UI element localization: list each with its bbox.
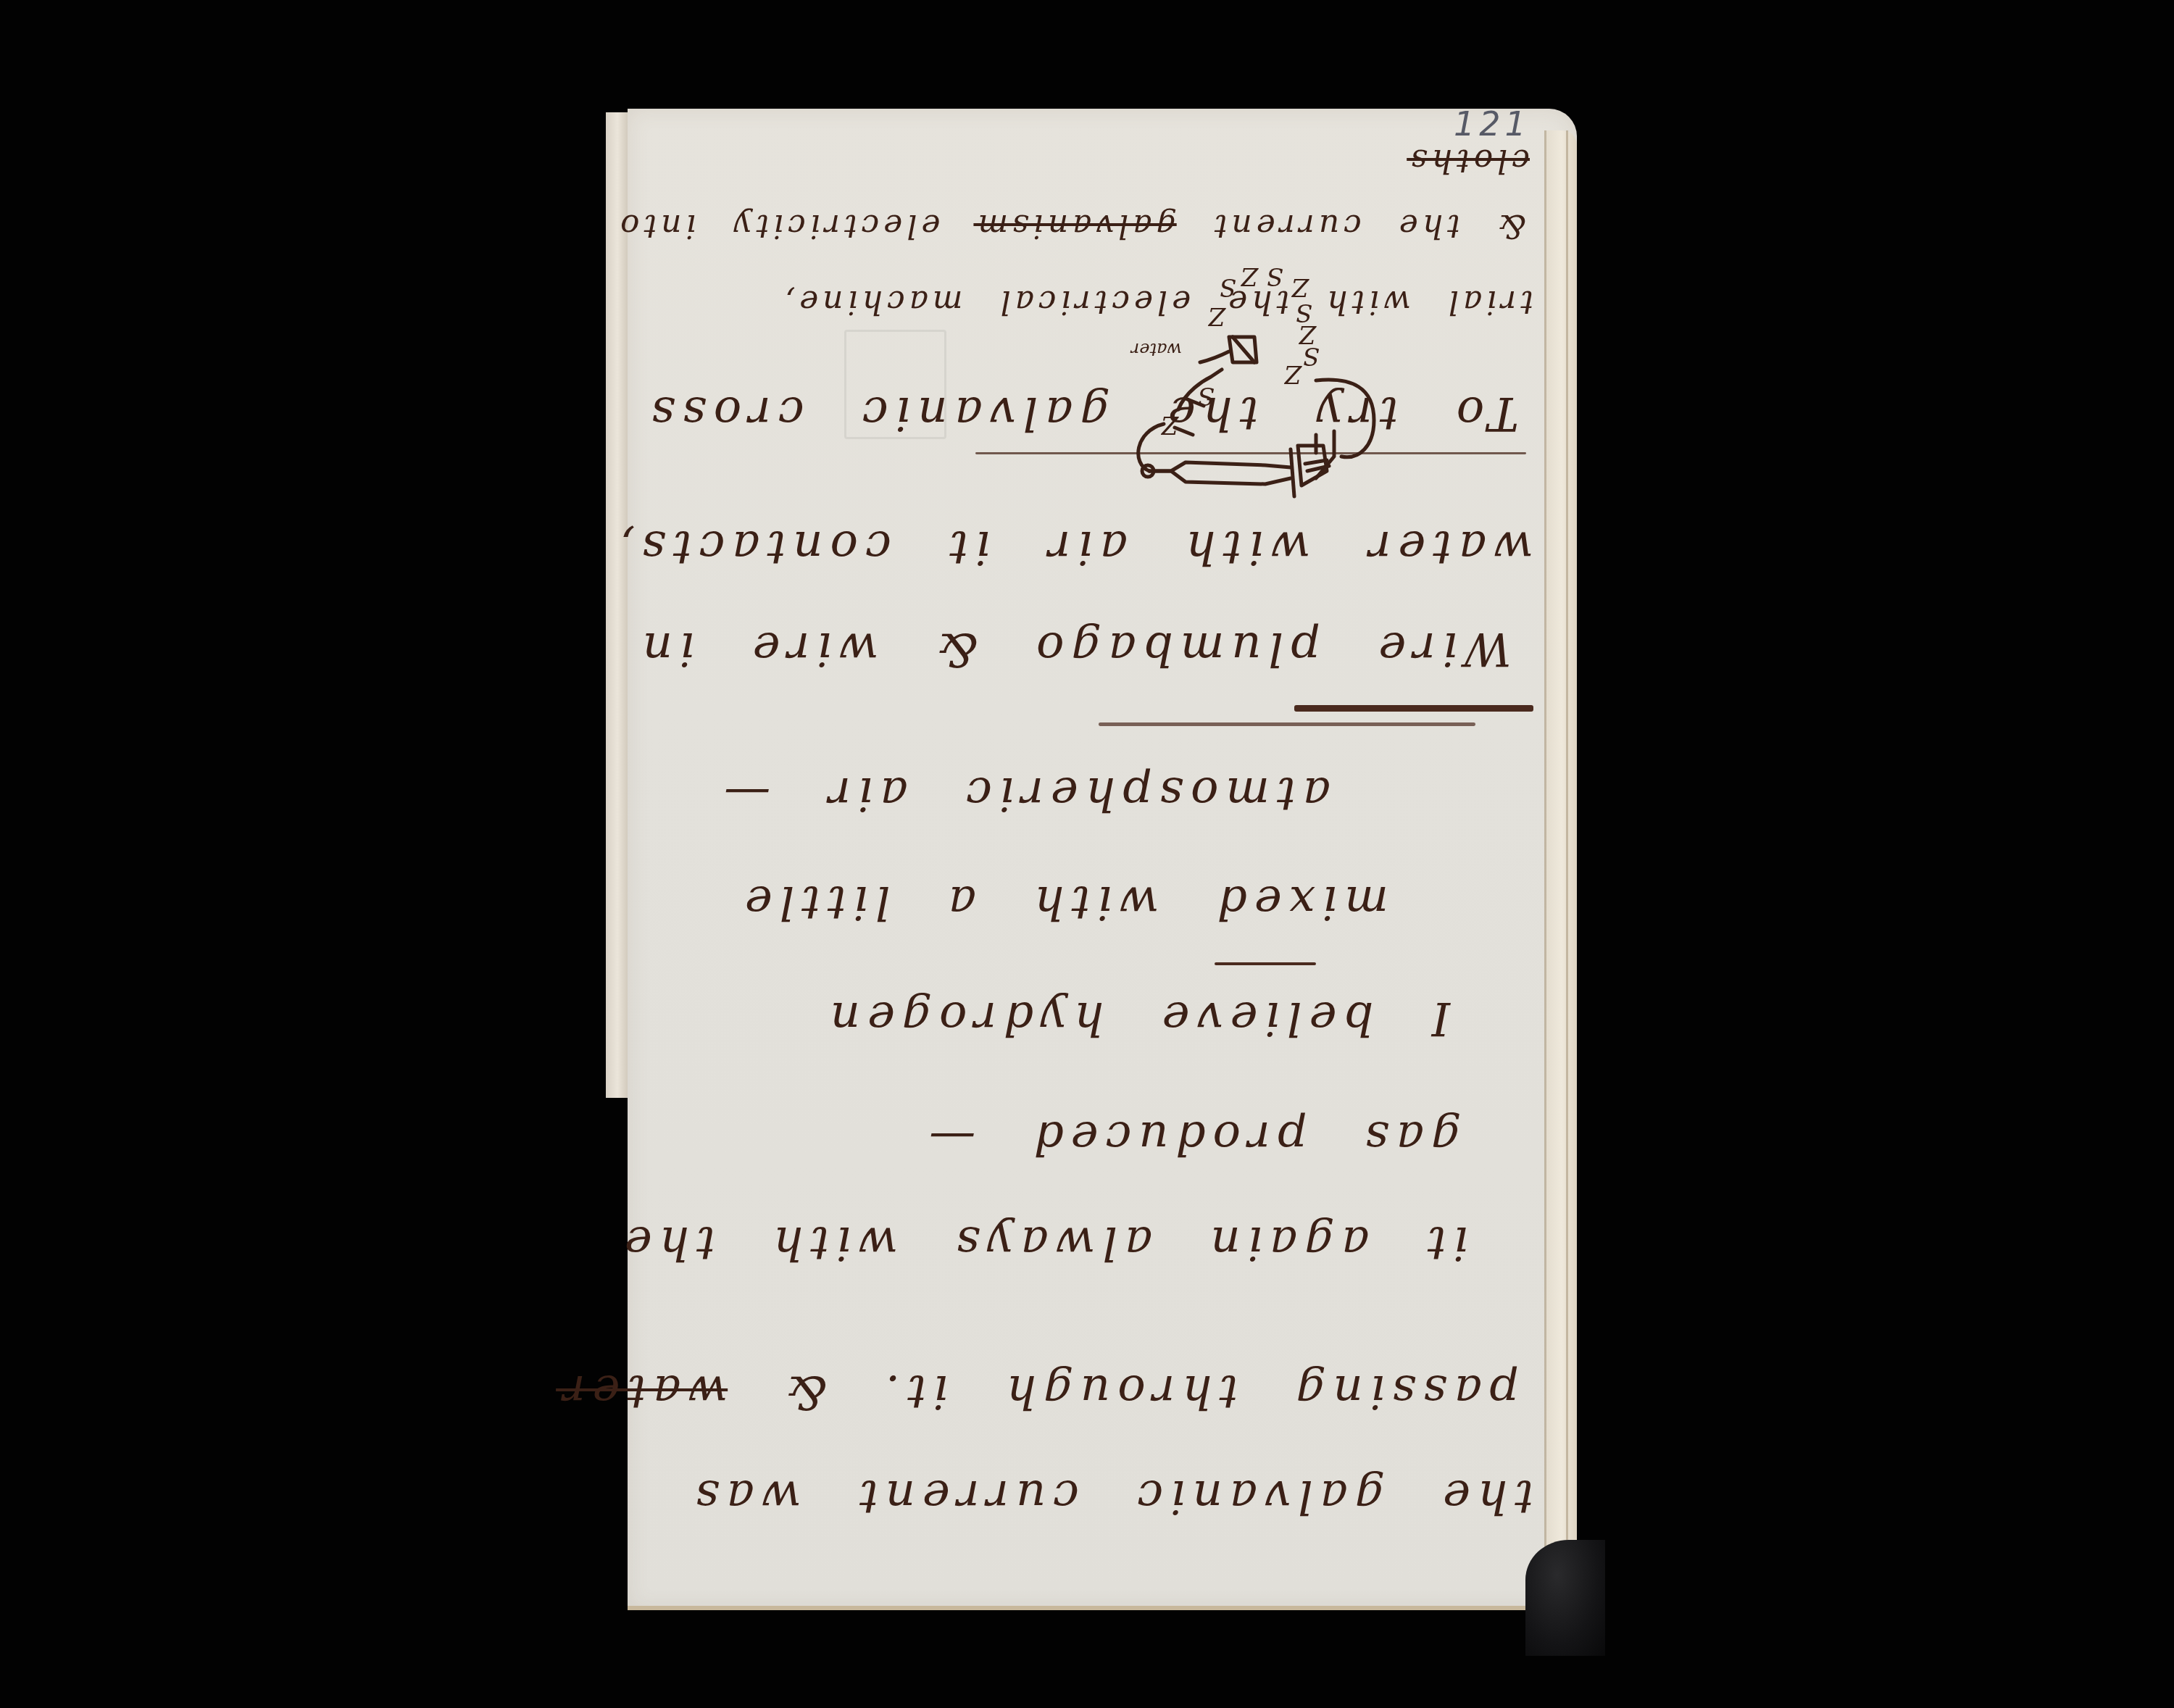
sketch-label: Z — [1291, 272, 1309, 301]
struck-word: galvanism — [973, 207, 1176, 244]
text-line-3: it again always with the — [617, 1216, 1468, 1270]
text-line-5: I believe hydrogen — [823, 991, 1450, 1045]
sketch-label: Z — [1240, 262, 1259, 291]
sketch-label: S — [1220, 272, 1236, 301]
section-divider — [1099, 722, 1475, 726]
section-divider-heavy — [1294, 705, 1533, 712]
text-line-8: Wire plumbago & wire in — [636, 622, 1512, 675]
sketch-label: S — [1303, 341, 1320, 370]
text-line-7: atmospheric air — — [717, 767, 1330, 820]
book-binding-strip — [606, 112, 630, 1098]
text-fragment: & the current — [1177, 207, 1526, 244]
sketch-label: S — [1198, 381, 1215, 410]
text-line-1: the galvanic current was — [688, 1470, 1533, 1523]
underline — [1215, 962, 1316, 965]
struck-word: water — [556, 1365, 728, 1418]
text-line-12: & the current galvanism electricity into — [616, 207, 1526, 244]
text-line-6: mixed with a little — [738, 875, 1388, 929]
sketch-label: Z — [1283, 359, 1302, 388]
sketch-label: S — [1267, 262, 1283, 291]
sketch-label-water: water — [1130, 339, 1182, 359]
sketch-labels: Z S Z S Z S Z S Z S Z water — [1130, 262, 1320, 439]
text-line-4: gas produced — — [922, 1111, 1461, 1165]
text-fragment: electricity into — [616, 207, 973, 244]
page-weight-clip — [1525, 1540, 1605, 1656]
manuscript-page: 121 the galvanic current was passing thr… — [628, 109, 1577, 1610]
text-line-2: passing through it. & water — [556, 1365, 1519, 1418]
galvanic-pile-sketch: Z S Z S Z S Z S Z S Z water — [1077, 254, 1454, 529]
text-line-2-main: passing through it. & — [728, 1365, 1519, 1418]
text-line-13: cloths — [1407, 142, 1530, 179]
sketch-label: Z — [1160, 410, 1179, 439]
sketch-label: Z — [1207, 301, 1226, 330]
